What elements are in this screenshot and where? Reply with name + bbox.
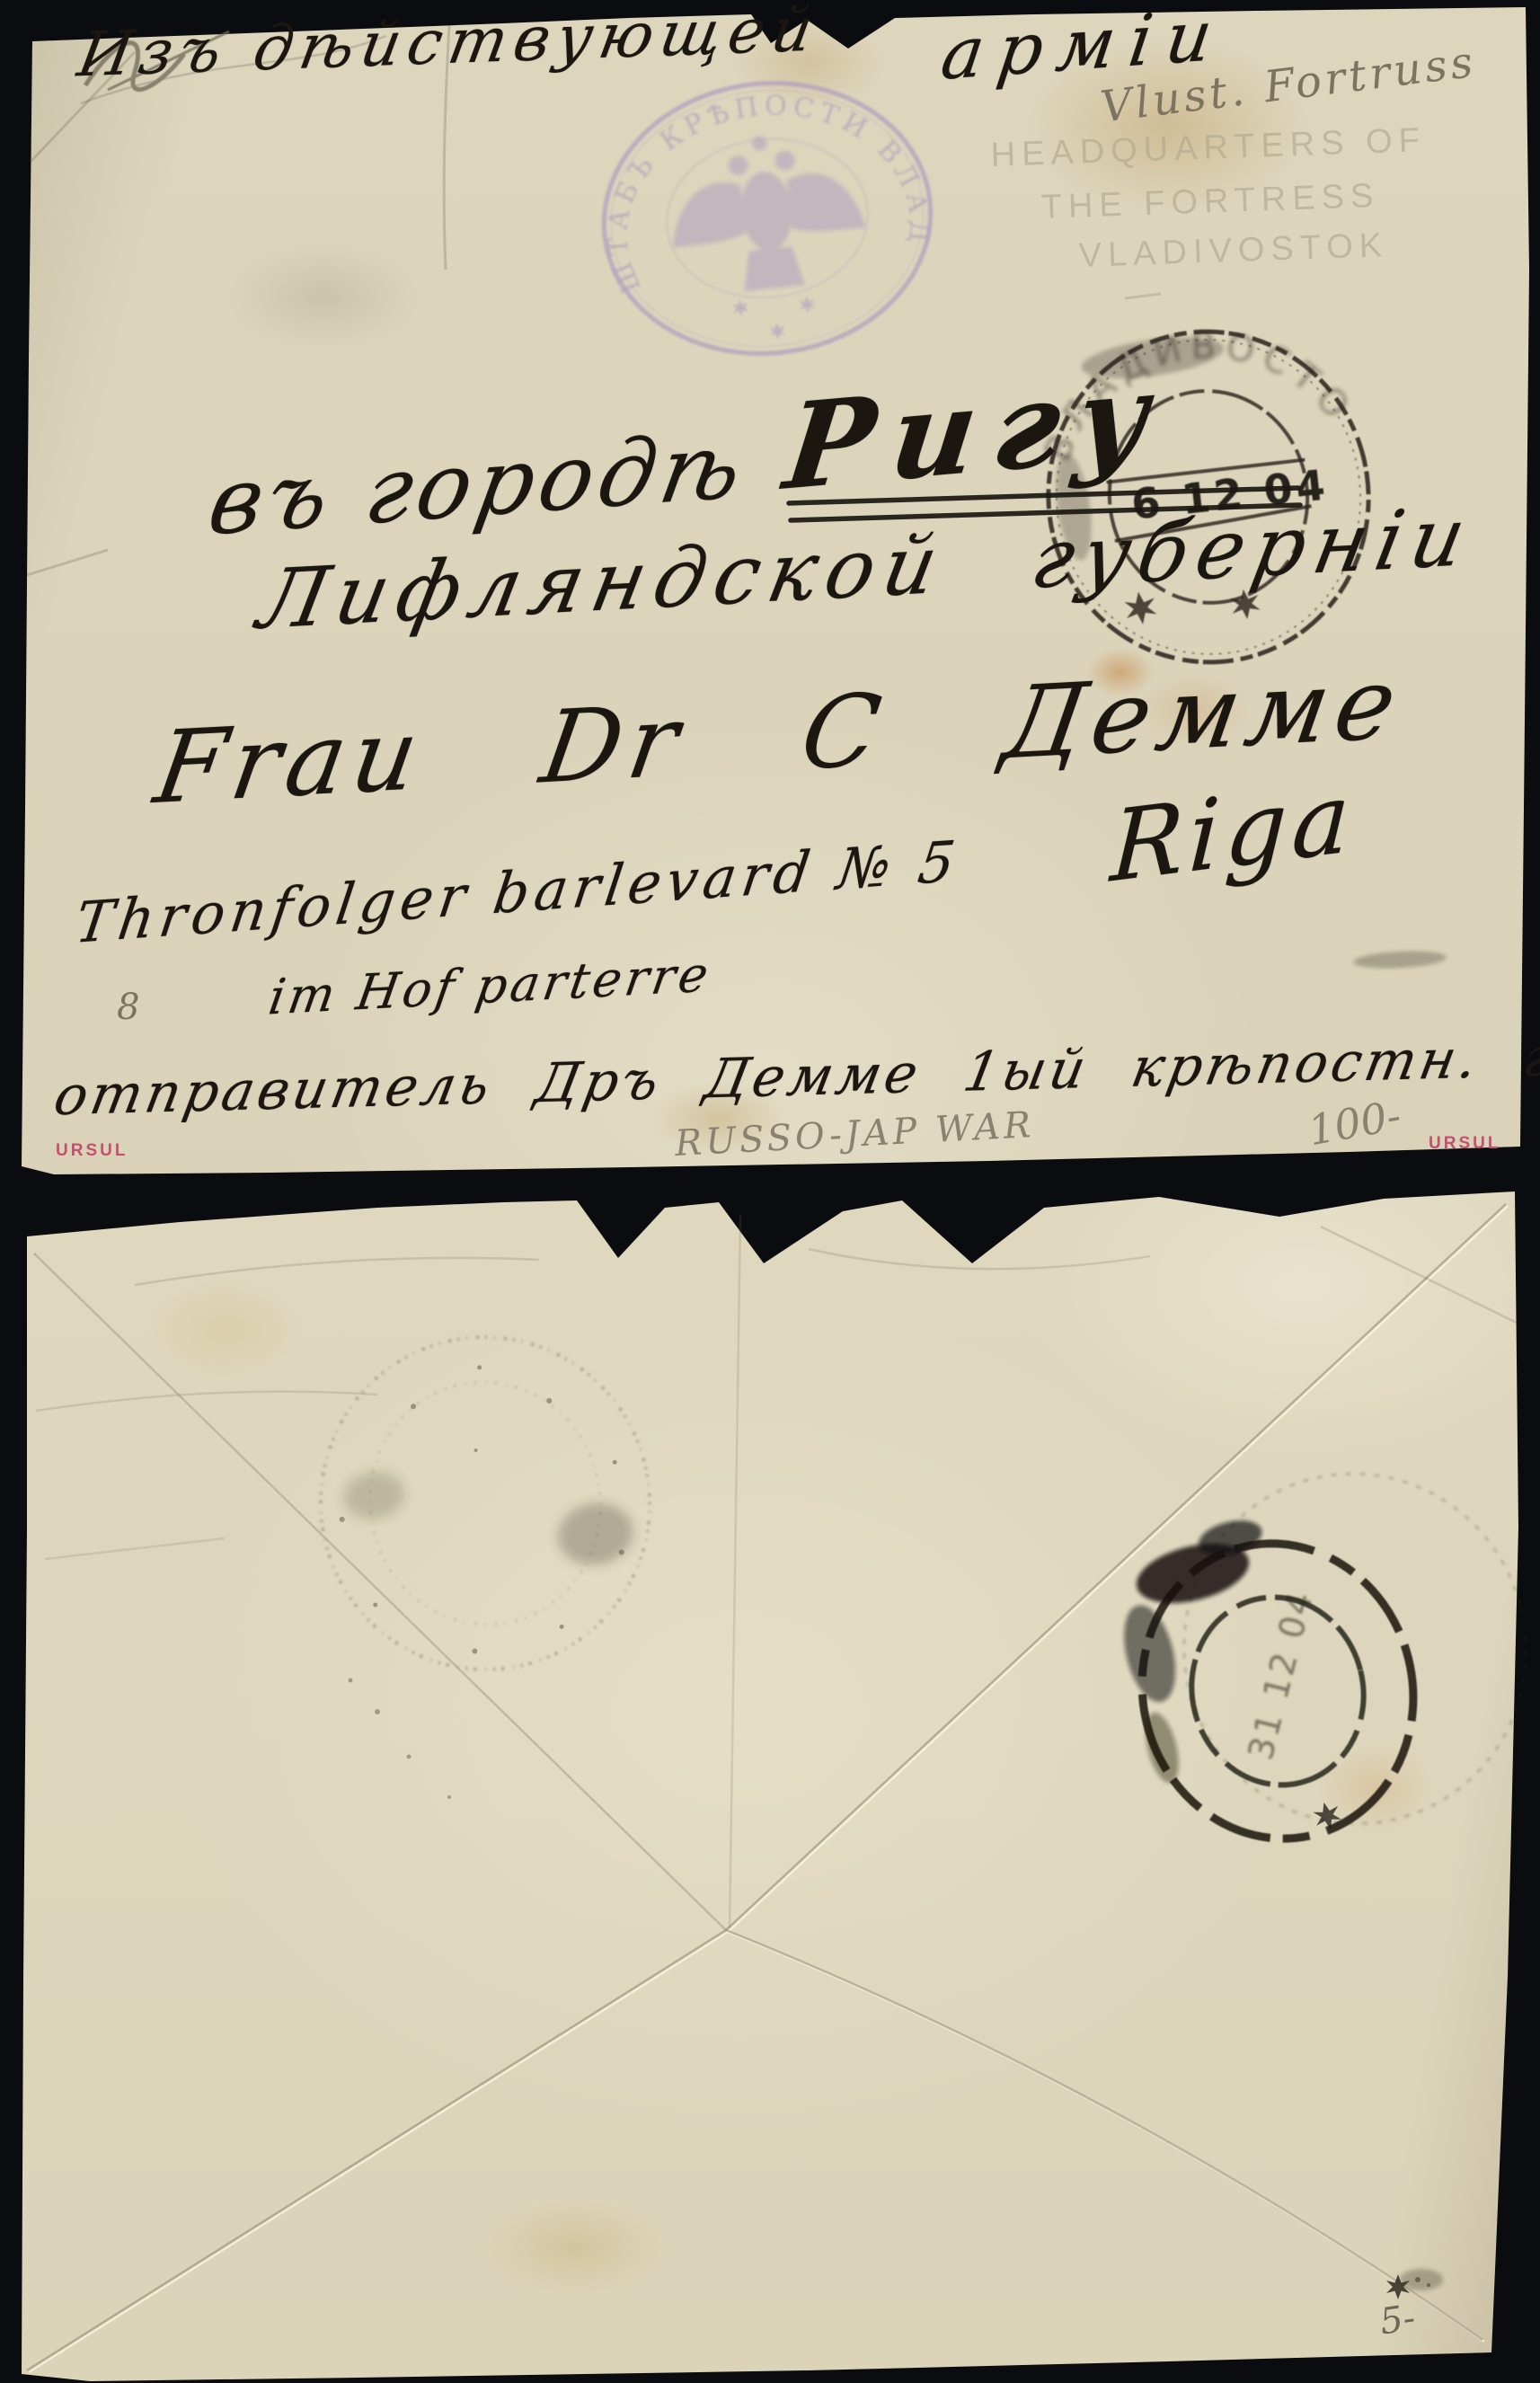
dealer-mark-left: URSUL xyxy=(56,1141,128,1161)
pencil-margin-number: 8 xyxy=(117,987,139,1028)
dealer-mark-right: URSUL xyxy=(1429,1134,1500,1154)
pencil-price-back: 5- xyxy=(1377,2298,1418,2343)
scanned-postal-cover: ШТАБЪ КРѢПОСТИ ВЛАДИВОСТОКЪ 6 12 04 ВЛАД… xyxy=(0,0,1540,2383)
